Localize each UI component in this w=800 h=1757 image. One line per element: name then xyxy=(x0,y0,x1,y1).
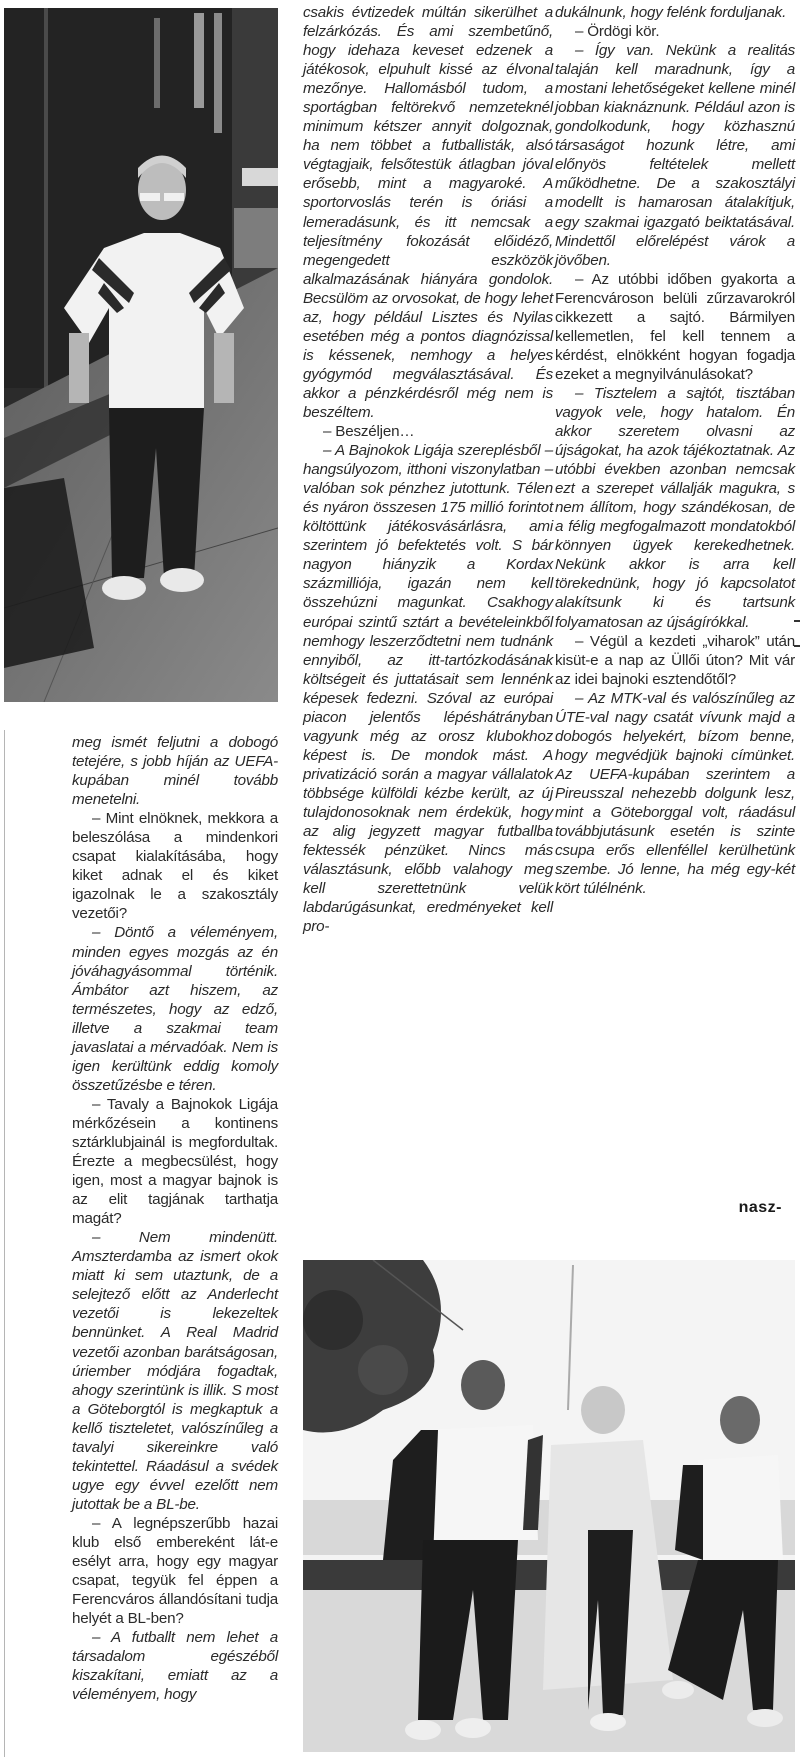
question-paragraph: – Mint elnöknek, mekkora a beleszólása a… xyxy=(72,809,278,923)
article-column-1: meg ismét feljutni a dobogó tetejére, s … xyxy=(72,733,278,1704)
answer-paragraph: meg ismét feljutni a dobogó tetejére, s … xyxy=(72,733,278,809)
answer-paragraph: dukálnunk, hogy felénk forduljanak. xyxy=(555,3,795,22)
portrait-image-icon xyxy=(4,8,278,702)
article-column-2: csakis évtizedek múltán sikerülhet a fel… xyxy=(303,3,553,936)
answer-paragraph: – Döntő a véleményem, minden egyes mozgá… xyxy=(72,923,278,1094)
answer-paragraph: csakis évtizedek múltán sikerülhet a fel… xyxy=(303,3,553,422)
newspaper-page: meg ismét feljutni a dobogó tetejére, s … xyxy=(0,0,800,1757)
question-paragraph: – Beszéljen… xyxy=(303,422,553,441)
article-column-3: dukálnunk, hogy felénk forduljanak. – Ör… xyxy=(555,3,795,898)
group-image-icon xyxy=(303,1260,795,1752)
question-paragraph: – Végül a kezdeti „viharok” után kisüt-e… xyxy=(555,632,795,689)
answer-paragraph: – Így van. Nekünk a realitás talaján kel… xyxy=(555,41,795,270)
answer-paragraph: – Tisztelem a sajtót, tisztában vagyok v… xyxy=(555,384,795,632)
portrait-photo xyxy=(4,8,278,702)
question-paragraph: – Tavaly a Bajnokok Ligája mérkőzésein a… xyxy=(72,1095,278,1228)
answer-paragraph: – Az MTK-val és valószínűleg az ÚTE-val … xyxy=(555,689,795,899)
author-signature: nasz- xyxy=(739,1199,782,1217)
page-edge-mark xyxy=(794,645,800,647)
question-paragraph: – Ördögi kör. xyxy=(555,22,795,41)
answer-paragraph: – A Bajnokok Ligája szereplésből – hangs… xyxy=(303,441,553,936)
three-men-walking-photo xyxy=(303,1260,795,1752)
answer-paragraph: – Nem mindenütt. Amszterdamba az ismert … xyxy=(72,1228,278,1514)
question-paragraph: – Az utóbbi időben gyakorta a Ferencváro… xyxy=(555,270,795,384)
answer-paragraph: – A futballt nem lehet a társadalom egés… xyxy=(72,1628,278,1704)
page-edge-mark xyxy=(794,620,800,622)
question-paragraph: – A legnépszerűbb hazai klub első embere… xyxy=(72,1514,278,1628)
column-divider-rule xyxy=(4,730,5,1757)
